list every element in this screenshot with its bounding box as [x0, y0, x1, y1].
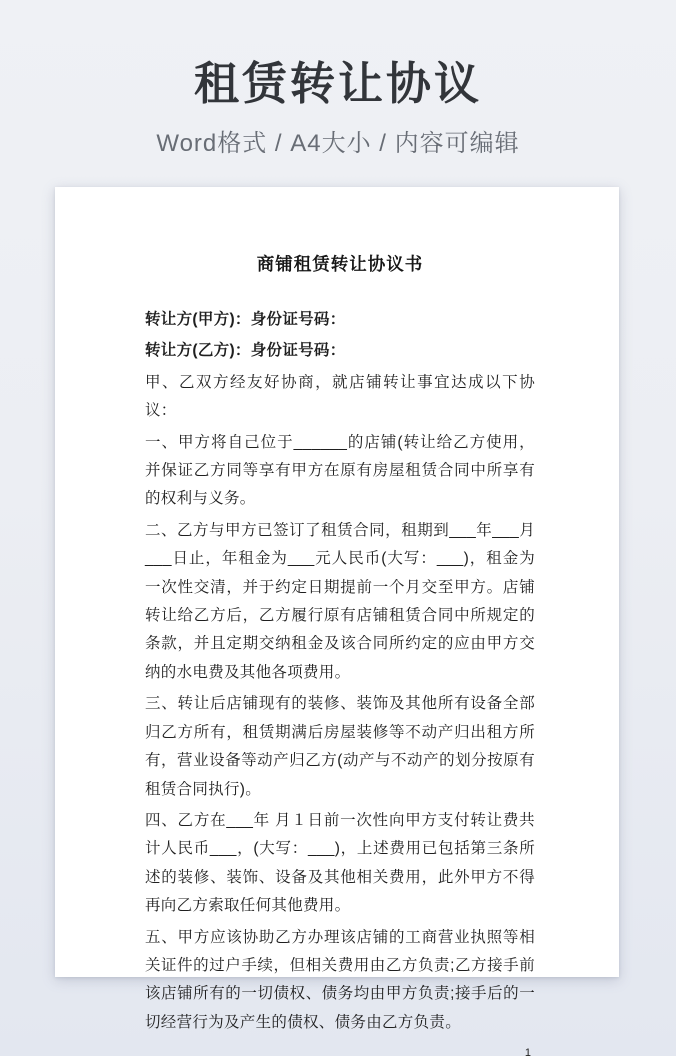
intro-line: 甲、乙双方经友好协商，就店铺转让事宜达成以下协议： — [145, 369, 535, 426]
page-number: 1 — [145, 1047, 535, 1056]
document-title: 商铺租赁转让协议书 — [145, 251, 535, 276]
clause-5: 五、甲方应该协助乙方办理该店铺的工商营业执照等相关证件的过户手续，但相关费用由乙… — [145, 924, 535, 1038]
page-background: { "header": { "title": "租赁转让协议", "subtit… — [0, 0, 676, 1056]
clause-2: 二、乙方与甲方已签订了租赁合同，租期到___年___月___日止，年租金为___… — [145, 517, 535, 687]
banner: 租赁转让协议 Word格式 / A4大小 / 内容可编辑 — [0, 0, 676, 158]
clause-3: 三、转让后店铺现有的装修、装饰及其他所有设备全部归乙方所有，租赁期满后房屋装修等… — [145, 690, 535, 804]
banner-subtitle: Word格式 / A4大小 / 内容可编辑 — [0, 123, 676, 158]
party-a-line: 转让方(甲方)：身份证号码： — [145, 306, 535, 334]
document-body: 转让方(甲方)：身份证号码： 转让方(乙方)：身份证号码： 甲、乙双方经友好协商… — [145, 306, 535, 1056]
clause-1: 一、甲方将自己位于______的店铺(转让给乙方使用，并保证乙方同等享有甲方在原… — [145, 429, 535, 514]
clause-4: 四、乙方在___年 月１日前一次性向甲方支付转让费共计人民币___，(大写：__… — [145, 807, 535, 921]
banner-title: 租赁转让协议 — [0, 58, 676, 110]
party-b-line: 转让方(乙方)：身份证号码： — [145, 337, 535, 365]
document-page: 商铺租赁转让协议书 转让方(甲方)：身份证号码： 转让方(乙方)：身份证号码： … — [55, 187, 619, 977]
